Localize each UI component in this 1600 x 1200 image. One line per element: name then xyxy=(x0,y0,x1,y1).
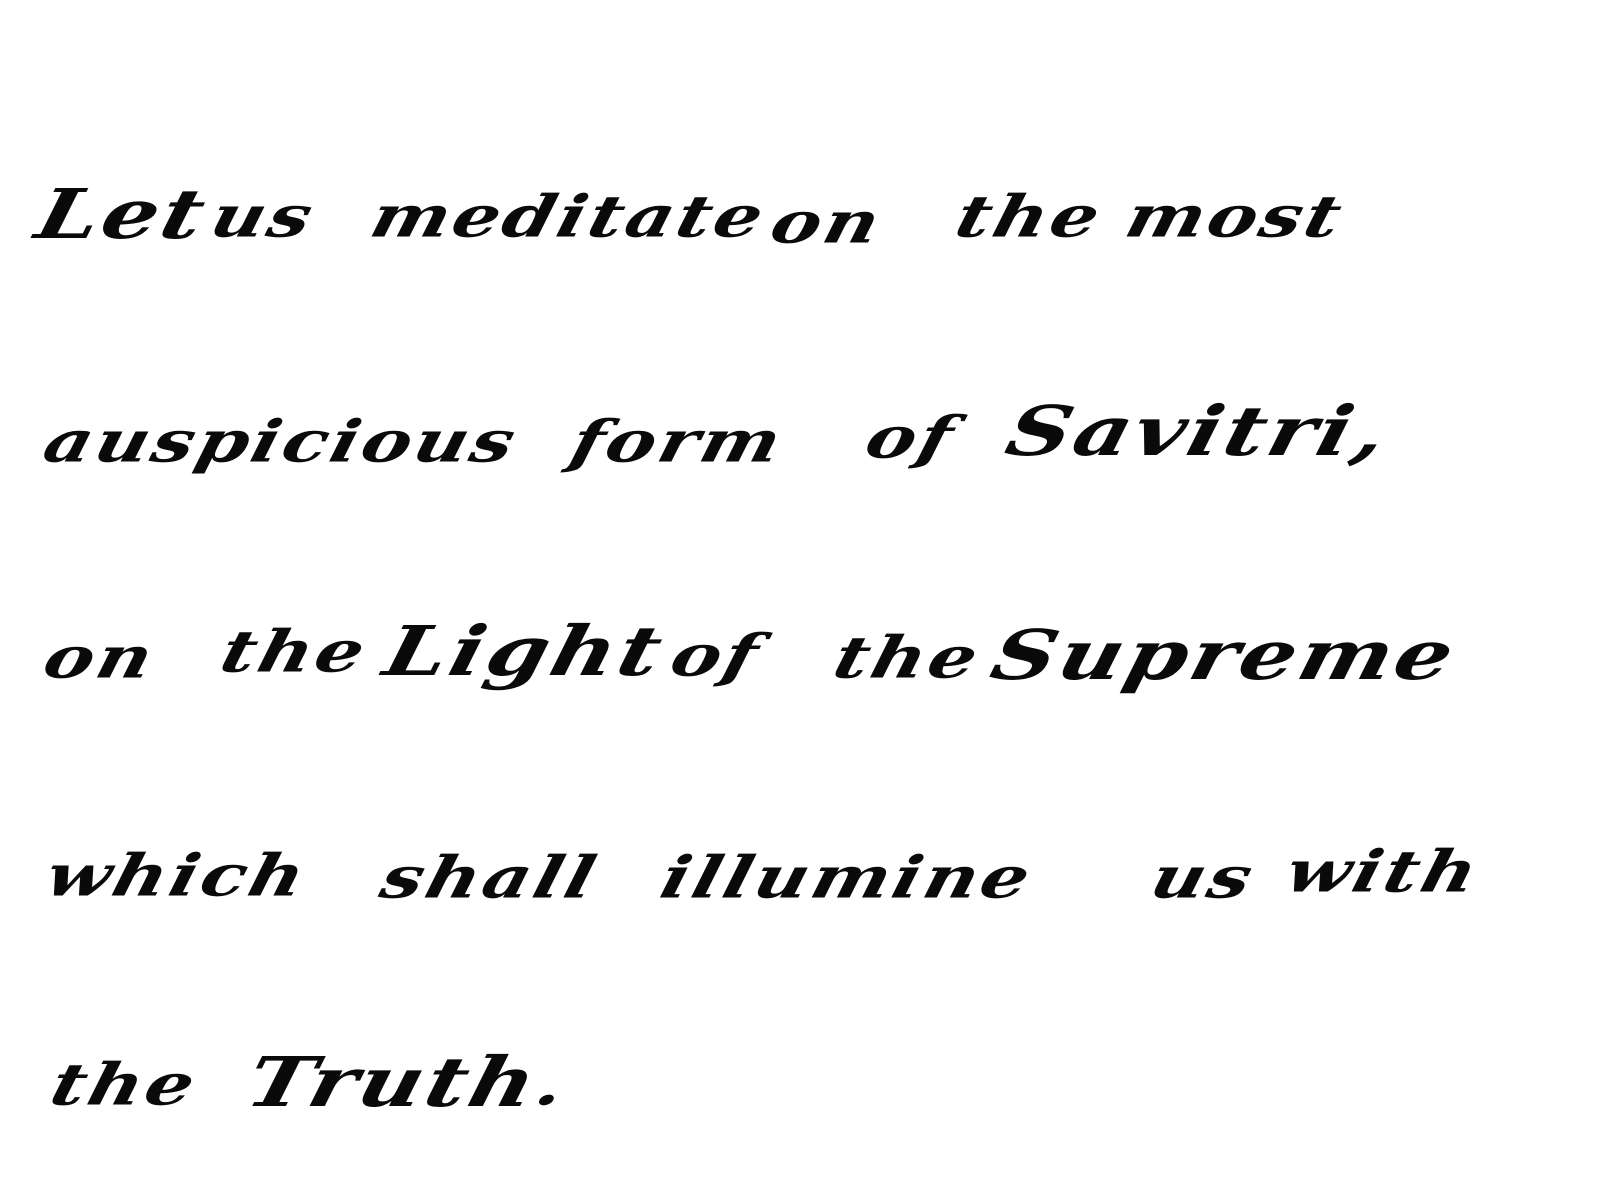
text-line-4: which shall illumine us with xyxy=(0,795,1600,935)
word: the xyxy=(828,629,986,687)
word: Savitri, xyxy=(1000,396,1397,465)
word: illumine xyxy=(655,849,1039,907)
word: of xyxy=(665,627,767,685)
word: of xyxy=(860,409,962,467)
text-line-5: the Truth . xyxy=(0,1000,1600,1140)
word: Light xyxy=(378,616,672,685)
word: Let xyxy=(30,179,215,248)
word: the xyxy=(45,1056,203,1114)
text-line-3: on the Light of the Supreme xyxy=(0,575,1600,715)
text-line-1: Let us meditate on the most xyxy=(0,130,1600,270)
word: with xyxy=(1280,843,1486,901)
word: form xyxy=(565,413,790,471)
word: us xyxy=(1145,849,1261,907)
word: Truth xyxy=(240,1047,546,1116)
word: on xyxy=(765,194,889,252)
text-line-2: auspicious form of Savitri, xyxy=(0,355,1600,495)
word: auspicious xyxy=(38,413,524,471)
word: Supreme xyxy=(985,620,1464,689)
word: us xyxy=(205,188,321,246)
word: the xyxy=(950,188,1108,246)
word: which xyxy=(40,847,314,905)
word: shall xyxy=(375,849,604,907)
word: meditate xyxy=(365,188,772,246)
word: most xyxy=(1120,188,1350,246)
handwritten-page: Let us meditate on the most auspicious f… xyxy=(0,0,1600,1200)
word: on xyxy=(38,629,162,687)
word: the xyxy=(215,623,373,681)
